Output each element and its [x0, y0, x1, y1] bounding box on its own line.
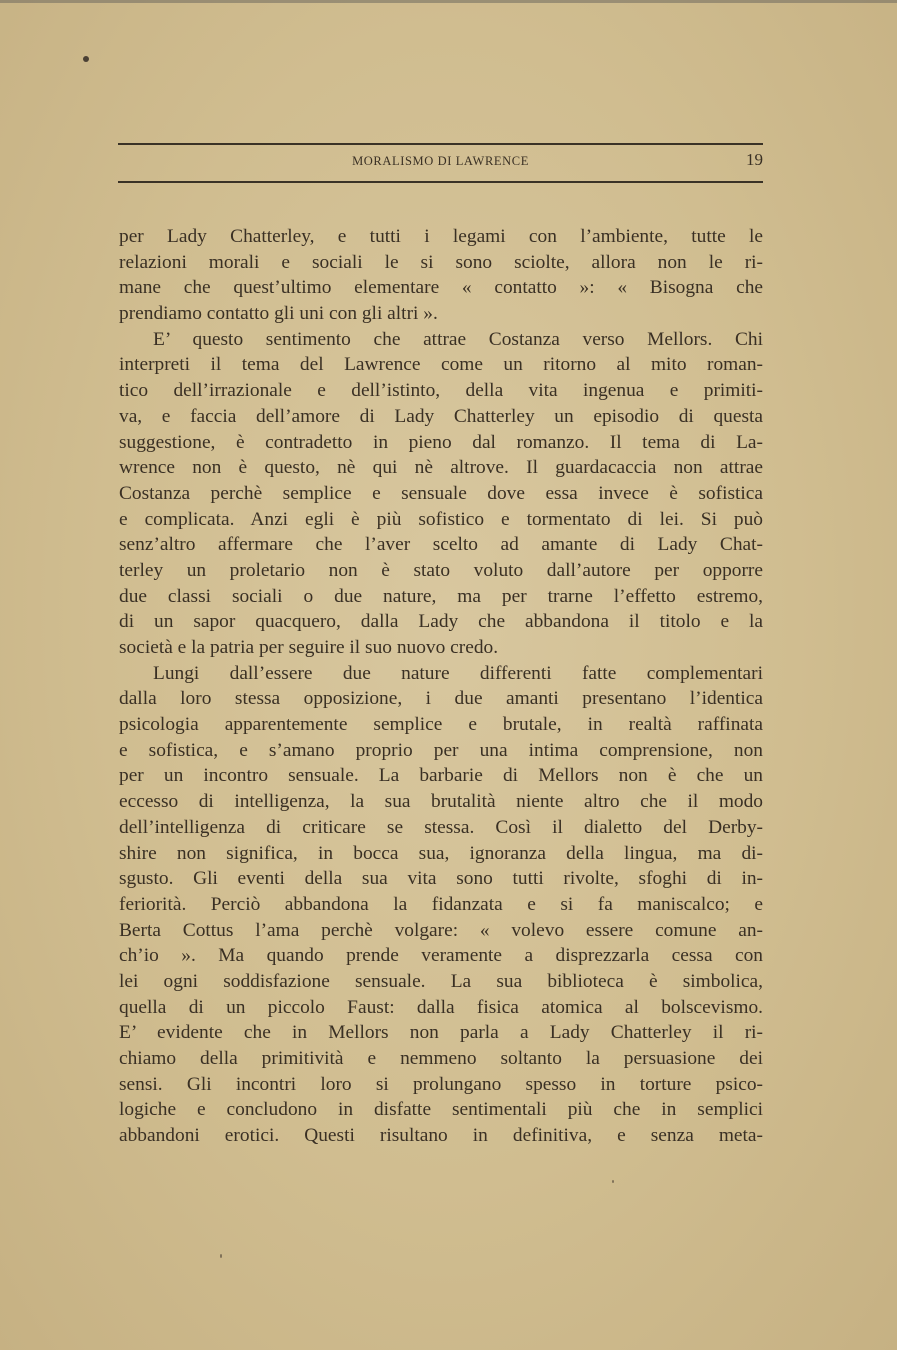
page-number: 19 — [746, 150, 763, 170]
text-line: sgusto. Gli eventi della sua vita sono t… — [119, 866, 763, 892]
text-line: per Lady Chatterley, e tutti i legami co… — [119, 224, 763, 250]
text-line: e sofistica, e s’amano proprio per una i… — [119, 738, 763, 764]
text-line: prendiamo contatto gli uni con gli altri… — [119, 301, 763, 327]
text-line: terley un proletario non è stato voluto … — [119, 558, 763, 584]
text-line: Costanza perchè semplice e sensuale dove… — [119, 481, 763, 507]
paper-speck — [612, 1180, 614, 1183]
text-line: quella di un piccolo Faust: dalla fisica… — [119, 995, 763, 1021]
paper-speck — [220, 1254, 222, 1258]
text-line: suggestione, è contradetto in pieno dal … — [119, 430, 763, 456]
header-bottom-rule — [118, 181, 763, 183]
text-line: ch’io ». Ma quando prende veramente a di… — [119, 943, 763, 969]
paper-speck — [83, 56, 89, 62]
running-header: MORALISMO DI LAWRENCE 19 — [118, 143, 763, 185]
text-line: E’ evidente che in Mellors non parla a L… — [119, 1020, 763, 1046]
text-line: Berta Cottus l’ama perchè volgare: « vol… — [119, 918, 763, 944]
text-line: dalla loro stessa opposizione, i due ama… — [119, 686, 763, 712]
header-top-rule — [118, 143, 763, 145]
text-line: senz’altro affermare che l’aver scelto a… — [119, 532, 763, 558]
text-line: mane che quest’ultimo elementare « conta… — [119, 275, 763, 301]
text-line: feriorità. Perciò abbandona la fidanzata… — [119, 892, 763, 918]
text-line: wrence non è questo, nè qui nè altrove. … — [119, 455, 763, 481]
text-line: va, e faccia dell’amore di Lady Chatterl… — [119, 404, 763, 430]
text-line: tico dell’irrazionale e dell’istinto, de… — [119, 378, 763, 404]
body-text: per Lady Chatterley, e tutti i legami co… — [119, 224, 763, 1149]
text-line: due classi sociali o due nature, ma per … — [119, 584, 763, 610]
text-line: relazioni morali e sociali le si sono sc… — [119, 250, 763, 276]
text-line: logiche e concludono in disfatte sentime… — [119, 1097, 763, 1123]
text-line: shire non significa, in bocca sua, ignor… — [119, 841, 763, 867]
text-line: e complicata. Anzi egli è più sofistico … — [119, 507, 763, 533]
text-line: chiamo della primitività e nemmeno solta… — [119, 1046, 763, 1072]
text-line: abbandoni erotici. Questi risultano in d… — [119, 1123, 763, 1149]
text-line: per un incontro sensuale. La barbarie di… — [119, 763, 763, 789]
text-line: interpreti il tema del Lawrence come un … — [119, 352, 763, 378]
text-line: eccesso di intelligenza, la sua brutalit… — [119, 789, 763, 815]
text-line: sensi. Gli incontri loro si prolungano s… — [119, 1072, 763, 1098]
text-line: Lungi dall’essere due nature differenti … — [119, 661, 763, 687]
running-title: MORALISMO DI LAWRENCE — [118, 154, 763, 169]
text-line: società e la patria per seguire il suo n… — [119, 635, 763, 661]
text-line: dell’intelligenza di criticare se stessa… — [119, 815, 763, 841]
text-line: di un sapor quacquero, dalla Lady che ab… — [119, 609, 763, 635]
text-line: lei ogni soddisfazione sensuale. La sua … — [119, 969, 763, 995]
text-line: psicologia apparentemente semplice e bru… — [119, 712, 763, 738]
text-line: E’ questo sentimento che attrae Costanza… — [119, 327, 763, 353]
page-top-edge — [0, 0, 897, 3]
